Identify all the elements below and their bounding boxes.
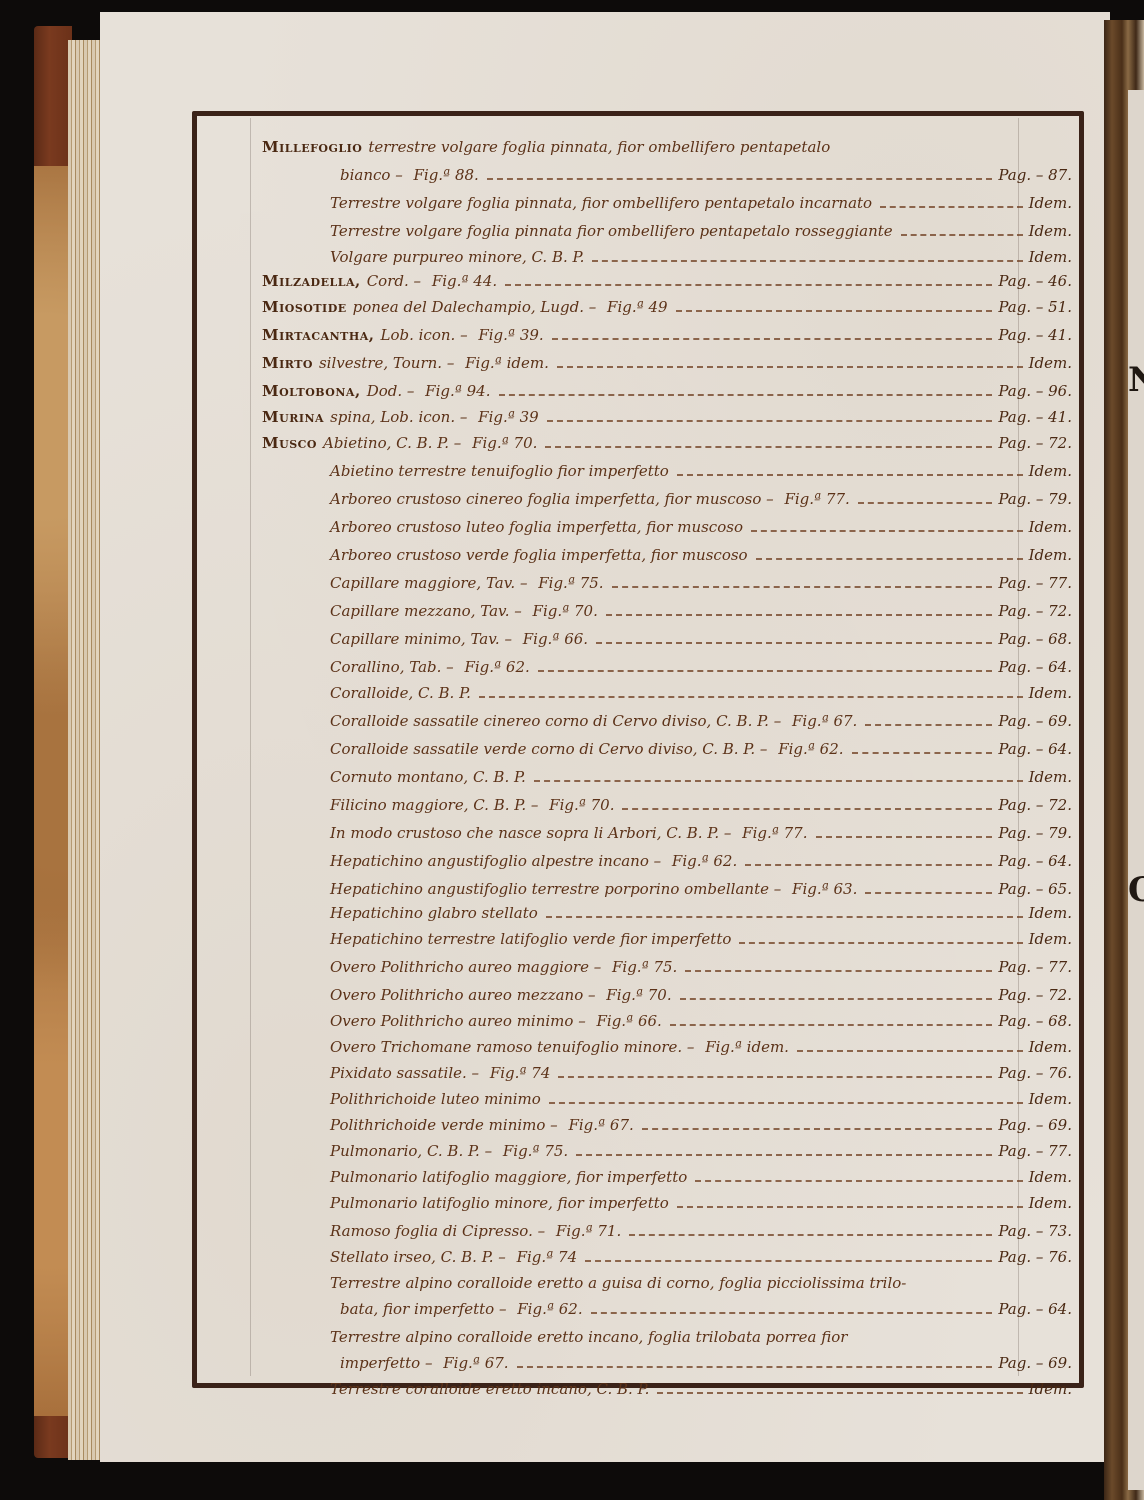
dot-leader [612,586,992,588]
entry-text-line: bianco – Fig.ª 88. [340,166,479,184]
page-reference: Pag. – 68. [998,630,1072,648]
index-entry: Hepatichino angustifoglio alpestre incan… [200,852,1080,878]
entry-description: Terrestre alpino coralloide eretto incan… [330,1328,847,1346]
figure-reference: Fig.ª 71. [556,1222,621,1240]
page-reference: Pag. – 69. [998,1116,1072,1134]
entry-description: Coralloide sassatile cinereo corno di Ce… [330,712,769,730]
page-reference: Pag. – 69. [998,1354,1072,1372]
entry-description: Terrestre coralloide eretto incano, C. B… [330,1380,649,1398]
entry-text-line: Polithrichoide luteo minimo [330,1090,541,1108]
index-entry: Mirtosilvestre, Tourn. – Fig.ª idem.Idem… [200,354,1080,380]
entry-description: Terrestre volgare foglia pinnata, fior o… [330,194,872,212]
index-entry: Hepatichino terrestre latifoglio verde f… [200,930,1080,956]
page-reference: Pag. – 79. [998,824,1072,842]
book-cover-spine [34,26,72,1458]
dot-leader [576,1154,992,1156]
figure-reference: Fig.ª 66. [523,630,588,648]
dot-leader [756,558,1023,560]
entry-description: Pulmonario latifoglio minore, fior imper… [330,1194,669,1212]
index-entry: Pulmonario, C. B. P. – Fig.ª 75.Pag. – 7… [200,1142,1080,1168]
index-entry: Pulmonario latifoglio maggiore, fior imp… [200,1168,1080,1194]
index-entry: Arboreo crustoso cinereo foglia imperfet… [200,490,1080,516]
entry-text-line: Capillare minimo, Tav. – Fig.ª 66. [330,630,588,648]
index-entry: Corallino, Tab. – Fig.ª 62.Pag. – 64. [200,658,1080,684]
entry-description: Overo Trichomane ramoso tenuifoglio mino… [330,1038,682,1056]
index-entry: Milzadella,Cord. – Fig.ª 44.Pag. – 46. [200,272,1080,298]
entry-text-line: Murinaspina, Lob. icon. – Fig.ª 39 [262,408,539,426]
entry-text-line: Overo Trichomane ramoso tenuifoglio mino… [330,1038,789,1056]
dot-leader [479,696,1023,698]
index-entry: Terrestre alpino coralloide eretto incan… [200,1328,1080,1354]
entry-description: Arboreo crustoso luteo foglia imperfetta… [330,518,743,536]
index-entry: Coralloide sassatile cinereo corno di Ce… [200,712,1080,738]
entry-text-line: Volgare purpureo minore, C. B. P. [330,248,584,266]
entry-description: Terrestre volgare foglia pinnata fior om… [330,222,893,240]
entry-description: Abietino terrestre tenuifoglio fior impe… [330,462,669,480]
page-reference: Pag. – 77. [998,574,1072,592]
page-reference: Idem. [1029,1380,1072,1398]
dot-leader [538,670,992,672]
dot-leader [680,998,992,1000]
entry-text-line: Overo Polithricho aureo minimo – Fig.ª 6… [330,1012,662,1030]
entry-description: Hepatichino angustifoglio terrestre porp… [330,880,769,898]
figure-reference: Fig.ª 94. [425,382,490,400]
index-entry: Terrestre volgare foglia pinnata, fior o… [200,194,1080,220]
entry-description: Pulmonario latifoglio maggiore, fior imp… [330,1168,687,1186]
figure-reference: Fig.ª 39 [478,408,539,426]
index-entry: Terrestre coralloide eretto incano, C. B… [200,1380,1080,1406]
entry-text-line: In modo crustoso che nasce sopra li Arbo… [330,824,808,842]
dot-leader [629,1234,992,1236]
index-entry: Ramoso foglia di Cipresso. – Fig.ª 71.Pa… [200,1222,1080,1248]
entry-text-line: Arboreo crustoso luteo foglia imperfetta… [330,518,743,536]
figure-reference: Fig.ª 75. [612,958,677,976]
entry-text-line: Terrestre volgare foglia pinnata fior om… [330,222,893,240]
page-reference: Idem. [1029,768,1072,786]
entry-text-line: Overo Polithricho aureo maggiore – Fig.ª… [330,958,677,976]
entry-text-line: Milzadella,Cord. – Fig.ª 44. [262,272,497,290]
entry-text-line: Hepatichino angustifoglio alpestre incan… [330,852,737,870]
entry-text-line: imperfetto – Fig.ª 67. [340,1354,509,1372]
page-reference: Idem. [1029,684,1072,702]
figure-reference: Fig.ª idem. [465,354,549,372]
entry-text-line: Pulmonario, C. B. P. – Fig.ª 75. [330,1142,568,1160]
entry-description: Arboreo crustoso verde foglia imperfetta… [330,546,748,564]
page-reference: Pag. – 77. [998,958,1072,976]
marbled-cover [34,166,72,1416]
entry-text-line: Polithrichoide verde minimo – Fig.ª 67. [330,1116,634,1134]
page-reference: Idem. [1029,354,1072,372]
index-entry: Mirtacantha,Lob. icon. – Fig.ª 39.Pag. –… [200,326,1080,352]
dot-leader [676,310,992,312]
index-entry: Pulmonario latifoglio minore, fior imper… [200,1194,1080,1220]
dot-leader [858,502,992,504]
page-reference: Idem. [1029,904,1072,922]
page-reference: Pag. – 64. [998,658,1072,676]
index-entry: In modo crustoso che nasce sopra li Arbo… [200,824,1080,850]
facing-page [1128,90,1144,1490]
page-reference: Pag. – 96. [998,382,1072,400]
page-reference: Pag. – 72. [998,796,1072,814]
index-entry: Hepatichino glabro stellatoIdem. [200,904,1080,930]
entry-description: Abietino, C. B. P. [323,434,449,452]
page-reference: Pag. – 73. [998,1222,1072,1240]
figure-reference: Fig.ª 62. [464,658,529,676]
page-reference: Idem. [1029,1194,1072,1212]
page-reference: Pag. – 76. [998,1064,1072,1082]
figure-reference: Fig.ª 70. [606,986,671,1004]
dot-leader [622,808,992,810]
index-entry: Volgare purpureo minore, C. B. P.Idem. [200,248,1080,274]
dot-leader [505,284,992,286]
entry-description: Volgare purpureo minore, C. B. P. [330,248,584,266]
dot-leader [670,1024,992,1026]
entry-text-line: Pixidato sassatile. – Fig.ª 74 [330,1064,550,1082]
entry-description: Lob. icon. [381,326,456,344]
page-reference: Idem. [1029,518,1072,536]
page-reference: Idem. [1029,222,1072,240]
index-entry: MuscoAbietino, C. B. P. – Fig.ª 70.Pag. … [200,434,1080,460]
index-entry: Terrestre volgare foglia pinnata fior om… [200,222,1080,248]
page-reference: Idem. [1029,1038,1072,1056]
page-reference: Idem. [1029,248,1072,266]
entry-description: spina, Lob. icon. [330,408,455,426]
entry-text-line: Coralloide sassatile verde corno di Cerv… [330,740,844,758]
index-entry: Filicino maggiore, C. B. P. – Fig.ª 70.P… [200,796,1080,822]
entry-description: Ramoso foglia di Cipresso. [330,1222,533,1240]
dot-leader [901,234,1023,236]
entry-text-line: Mirtosilvestre, Tourn. – Fig.ª idem. [262,354,549,372]
dot-leader [677,474,1023,476]
entry-description: silvestre, Tourn. [319,354,442,372]
dot-leader [487,178,992,180]
index-entry: Capillare minimo, Tav. – Fig.ª 66.Pag. –… [200,630,1080,656]
page-reference: Idem. [1029,546,1072,564]
dot-leader [596,642,992,644]
dot-leader [547,420,992,422]
entry-text-line: Miosotideponea del Dalechampio, Lugd. – … [262,298,668,316]
figure-reference: Fig.ª 49 [607,298,668,316]
entry-description: Corallino, Tab. [330,658,441,676]
entry-text-line: Mirtacantha,Lob. icon. – Fig.ª 39. [262,326,544,344]
entry-description: Capillare mezzano, Tav. [330,602,510,620]
dot-leader [657,1392,1023,1394]
page-reference: Pag. – 72. [998,434,1072,452]
dot-leader [751,530,1023,532]
entry-text-line: Filicino maggiore, C. B. P. – Fig.ª 70. [330,796,614,814]
dot-leader [865,724,992,726]
entry-text-line: Abietino terrestre tenuifoglio fior impe… [330,462,669,480]
dot-leader [545,446,992,448]
page-reference: Pag. – 87. [998,166,1072,184]
entry-text-line: Arboreo crustoso verde foglia imperfetta… [330,546,748,564]
entry-headword: Milzadella, [262,272,361,290]
page-reference: Pag. – 64. [998,1300,1072,1318]
figure-reference: Fig.ª 62. [778,740,843,758]
entry-description: Hepatichino glabro stellato [330,904,538,922]
entry-text-line: MuscoAbietino, C. B. P. – Fig.ª 70. [262,434,537,452]
dot-leader [552,338,992,340]
dot-leader [677,1206,1023,1208]
index-entry: Cornuto montano, C. B. P.Idem. [200,768,1080,794]
page-reference: Pag. – 69. [998,712,1072,730]
entry-text-line: Cornuto montano, C. B. P. [330,768,526,786]
figure-reference: Fig.ª 75. [503,1142,568,1160]
index-entry: Arboreo crustoso verde foglia imperfetta… [200,546,1080,572]
index-entry: Coralloide sassatile verde corno di Cerv… [200,740,1080,766]
entry-headword: Miosotide [262,298,347,316]
entry-text-line: Hepatichino angustifoglio terrestre porp… [330,880,857,898]
entry-text-line: Terrestre coralloide eretto incano, C. B… [330,1380,649,1398]
dot-leader [499,394,992,396]
index-entry: Arboreo crustoso luteo foglia imperfetta… [200,518,1080,544]
entry-headword: Murina [262,408,324,426]
page-reference: Pag. – 79. [998,490,1072,508]
page-reference: Pag. – 68. [998,1012,1072,1030]
entry-description: ponea del Dalechampio, Lugd. [353,298,584,316]
entry-text-line: bata, fior imperfetto – Fig.ª 62. [340,1300,583,1318]
index-entry: Abietino terrestre tenuifoglio fior impe… [200,462,1080,488]
dot-leader [557,366,1023,368]
entry-description: Overo Polithricho aureo maggiore [330,958,589,976]
page-edges [68,40,100,1460]
index-entry: Murinaspina, Lob. icon. – Fig.ª 39Pag. –… [200,408,1080,434]
figure-reference: Fig.ª 62. [672,852,737,870]
page-reference: Pag. – 72. [998,602,1072,620]
page-reference: Pag. – 77. [998,1142,1072,1160]
figure-reference: Fig.ª 66. [596,1012,661,1030]
index-entry: Capillare maggiore, Tav. – Fig.ª 75.Pag.… [200,574,1080,600]
entry-description: Overo Polithricho aureo minimo [330,1012,573,1030]
entry-headword: Mirto [262,354,313,372]
page-reference: Pag. – 64. [998,852,1072,870]
entry-headword: Mirtacantha, [262,326,375,344]
figure-reference: Fig.ª 67. [568,1116,633,1134]
index-entry: Hepatichino angustifoglio terrestre porp… [200,880,1080,906]
entry-text-line: Hepatichino terrestre latifoglio verde f… [330,930,731,948]
page-reference: Idem. [1029,462,1072,480]
entry-headword: Musco [262,434,317,452]
page-reference: Pag. – 76. [998,1248,1072,1266]
entry-description: Cord. [367,272,409,290]
dot-leader [546,916,1023,918]
page-reference: Idem. [1029,1168,1072,1186]
page-reference: Idem. [1029,930,1072,948]
figure-reference: Fig.ª 74 [490,1064,551,1082]
facing-page-letter: N [1128,360,1144,400]
dot-leader [852,752,992,754]
entry-description: terrestre volgare foglia pinnata, fior o… [368,138,830,156]
figure-reference: Fig.ª 75. [538,574,603,592]
entry-description: Hepatichino angustifoglio alpestre incan… [330,852,649,870]
dot-leader [517,1366,992,1368]
entry-text-line: Pulmonario latifoglio maggiore, fior imp… [330,1168,687,1186]
index-entry: imperfetto – Fig.ª 67.Pag. – 69. [200,1354,1080,1380]
dot-leader [695,1180,1023,1182]
entry-description: imperfetto [340,1354,420,1372]
figure-reference: Fig.ª 63. [792,880,857,898]
entry-description: Pulmonario, C. B. P. [330,1142,480,1160]
dot-leader [642,1128,992,1130]
entry-text-line: Moltobona,Dod. – Fig.ª 94. [262,382,491,400]
index-entry: Polithrichoide verde minimo – Fig.ª 67.P… [200,1116,1080,1142]
dot-leader [606,614,992,616]
page-reference: Idem. [1029,194,1072,212]
figure-reference: Fig.ª idem. [705,1038,789,1056]
index-entry: bianco – Fig.ª 88.Pag. – 87. [200,166,1080,192]
entry-description: Arboreo crustoso cinereo foglia imperfet… [330,490,761,508]
entry-description: Overo Polithricho aureo mezzano [330,986,583,1004]
entry-description: bata, fior imperfetto [340,1300,494,1318]
entry-description: Polithrichoide verde minimo [330,1116,545,1134]
entry-text-line: Terrestre alpino coralloide eretto incan… [330,1328,847,1346]
figure-reference: Fig.ª 77. [742,824,807,842]
index-entry: Overo Polithricho aureo minimo – Fig.ª 6… [200,1012,1080,1038]
index-entry: Overo Polithricho aureo maggiore – Fig.ª… [200,958,1080,984]
entry-description: Terrestre alpino coralloide eretto a gui… [330,1274,906,1292]
dot-leader [558,1076,992,1078]
figure-reference: Fig.ª 67. [443,1354,508,1372]
dot-leader [739,942,1023,944]
index-entry: Terrestre alpino coralloide eretto a gui… [200,1274,1080,1300]
figure-reference: Fig.ª 77. [784,490,849,508]
figure-reference: Fig.ª 70. [472,434,537,452]
index-entry: Millefoglioterrestre volgare foglia pinn… [200,138,1080,164]
entry-description: Dod. [367,382,402,400]
entry-text-line: Terrestre alpino coralloide eretto a gui… [330,1274,906,1292]
entry-description: Polithrichoide luteo minimo [330,1090,541,1108]
index-entry: Stellato irseo, C. B. P. – Fig.ª 74Pag. … [200,1248,1080,1274]
entry-text-line: Corallino, Tab. – Fig.ª 62. [330,658,530,676]
figure-reference: Fig.ª 62. [517,1300,582,1318]
figure-reference: Fig.ª 39. [478,326,543,344]
entry-text-line: Pulmonario latifoglio minore, fior imper… [330,1194,669,1212]
entry-text-line: Capillare mezzano, Tav. – Fig.ª 70. [330,602,598,620]
entry-description: Pixidato sassatile. [330,1064,467,1082]
page-reference: Pag. – 51. [998,298,1072,316]
index-entry: Polithrichoide luteo minimoIdem. [200,1090,1080,1116]
entry-text-line: Stellato irseo, C. B. P. – Fig.ª 74 [330,1248,577,1266]
entry-text-line: Ramoso foglia di Cipresso. – Fig.ª 71. [330,1222,621,1240]
entry-headword: Millefoglio [262,138,362,156]
page-reference: Pag. – 41. [998,326,1072,344]
dot-leader [816,836,992,838]
figure-reference: Fig.ª 70. [549,796,614,814]
page-reference: Pag. – 65. [998,880,1072,898]
entry-description: Coralloide sassatile verde corno di Cerv… [330,740,755,758]
figure-reference: Fig.ª 44. [432,272,497,290]
entry-description: Coralloide, C. B. P. [330,684,471,702]
entry-text-line: Capillare maggiore, Tav. – Fig.ª 75. [330,574,604,592]
entry-text-line: Hepatichino glabro stellato [330,904,538,922]
entry-description: bianco [340,166,390,184]
dot-leader [549,1102,1023,1104]
index-entry: Moltobona,Dod. – Fig.ª 94.Pag. – 96. [200,382,1080,408]
entry-text-line: Overo Polithricho aureo mezzano – Fig.ª … [330,986,672,1004]
figure-reference: Fig.ª 88. [413,166,478,184]
entry-text-line: Coralloide sassatile cinereo corno di Ce… [330,712,857,730]
entry-description: Capillare maggiore, Tav. [330,574,515,592]
index-entry: Overo Trichomane ramoso tenuifoglio mino… [200,1038,1080,1064]
entry-headword: Moltobona, [262,382,361,400]
page-reference: Idem. [1029,1090,1072,1108]
dot-leader [745,864,992,866]
entry-description: Cornuto montano, C. B. P. [330,768,526,786]
entry-description: Stellato irseo, C. B. P. [330,1248,494,1266]
dot-leader [534,780,1023,782]
index-entry: Pixidato sassatile. – Fig.ª 74Pag. – 76. [200,1064,1080,1090]
entry-description: In modo crustoso che nasce sopra li Arbo… [330,824,719,842]
entry-description: Filicino maggiore, C. B. P. [330,796,526,814]
entry-text-line: Coralloide, C. B. P. [330,684,471,702]
page-reference: Pag. – 46. [998,272,1072,290]
page-reference: Pag. – 41. [998,408,1072,426]
entry-description: Capillare minimo, Tav. [330,630,500,648]
dot-leader [865,892,992,894]
figure-reference: Fig.ª 74 [517,1248,578,1266]
page-reference: Pag. – 72. [998,986,1072,1004]
page-reference: Pag. – 64. [998,740,1072,758]
dot-leader [797,1050,1023,1052]
index-entry: Coralloide, C. B. P.Idem. [200,684,1080,710]
index-entry: Miosotideponea del Dalechampio, Lugd. – … [200,298,1080,324]
facing-page-letter: O [1128,870,1144,910]
figure-reference: Fig.ª 70. [533,602,598,620]
dot-leader [880,206,1023,208]
dot-leader [585,1260,992,1262]
dot-leader [591,1312,992,1314]
index-entry: bata, fior imperfetto – Fig.ª 62.Pag. – … [200,1300,1080,1326]
entry-text-line: Terrestre volgare foglia pinnata, fior o… [330,194,872,212]
entry-description: Hepatichino terrestre latifoglio verde f… [330,930,731,948]
index-entry: Capillare mezzano, Tav. – Fig.ª 70.Pag. … [200,602,1080,628]
entry-text-line: Arboreo crustoso cinereo foglia imperfet… [330,490,850,508]
figure-reference: Fig.ª 67. [792,712,857,730]
entry-text-line: Millefoglioterrestre volgare foglia pinn… [262,138,830,156]
index-entry: Overo Polithricho aureo mezzano – Fig.ª … [200,986,1080,1012]
dot-leader [685,970,992,972]
dot-leader [592,260,1023,262]
